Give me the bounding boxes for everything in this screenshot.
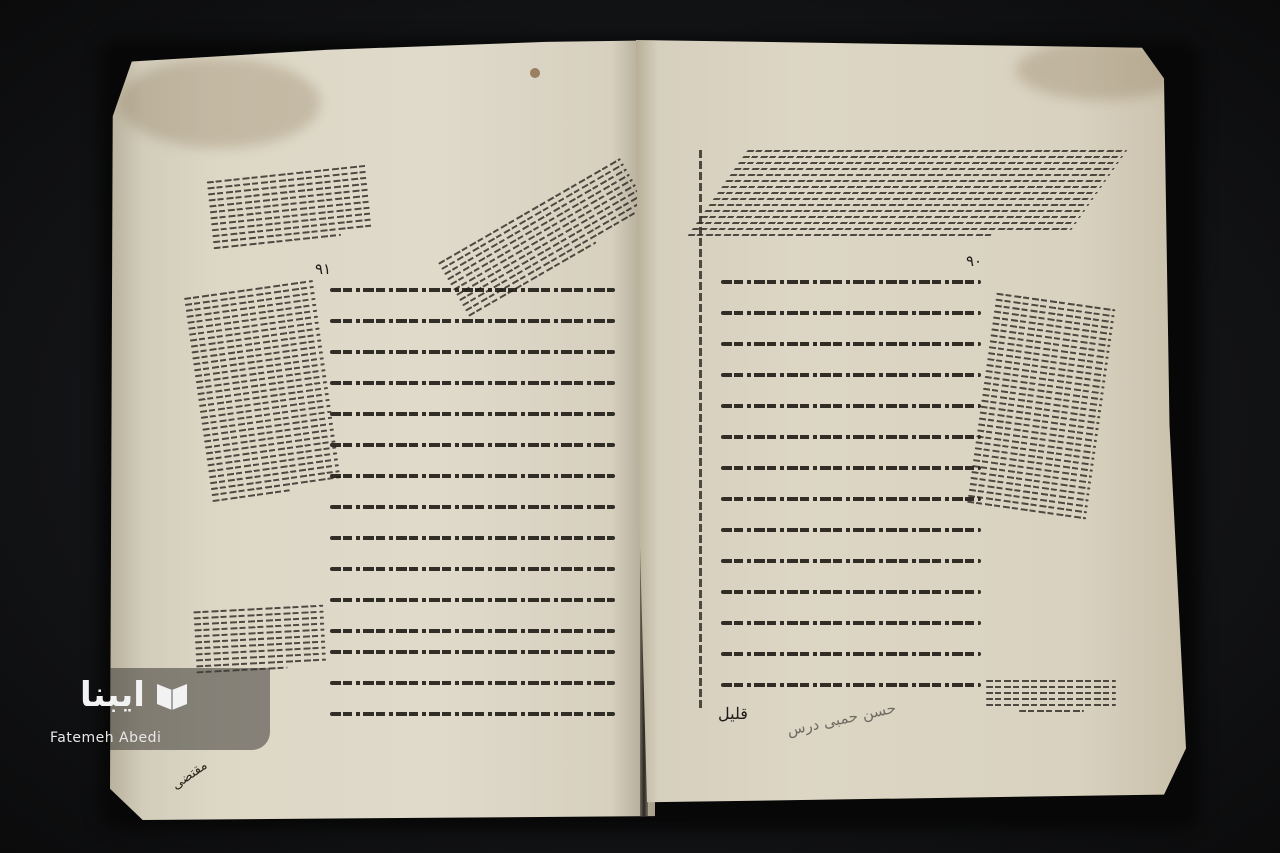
watermark-logo: ایبنا: [80, 672, 189, 718]
main-text-block: [330, 288, 615, 660]
right-page: ٩٠ قليل حسن حمبی درس: [636, 40, 1186, 810]
marginal-note-top: [684, 150, 1127, 240]
catchword: مقتضى: [169, 758, 210, 793]
marginal-note-left: [184, 280, 342, 506]
photo-watermark: ایبنا Fatemeh Abedi: [18, 668, 280, 752]
main-text-lower: [330, 650, 615, 743]
marginal-note-left-vertical: [691, 150, 711, 710]
photographer-credit: Fatemeh Abedi: [50, 730, 161, 746]
marginal-note-bottom-left: [193, 605, 326, 678]
brand-name: ایبنا: [80, 675, 145, 715]
page-number: ٩١: [315, 260, 331, 278]
marginal-word: قليل: [718, 706, 748, 722]
page-number: ٩٠: [966, 252, 982, 270]
marginal-note-bottom-right: [986, 680, 1116, 716]
open-book-icon: [155, 678, 189, 712]
main-text-block: [721, 280, 981, 714]
marginal-note-top-left: [207, 165, 374, 253]
marginal-note-right: [967, 293, 1116, 524]
